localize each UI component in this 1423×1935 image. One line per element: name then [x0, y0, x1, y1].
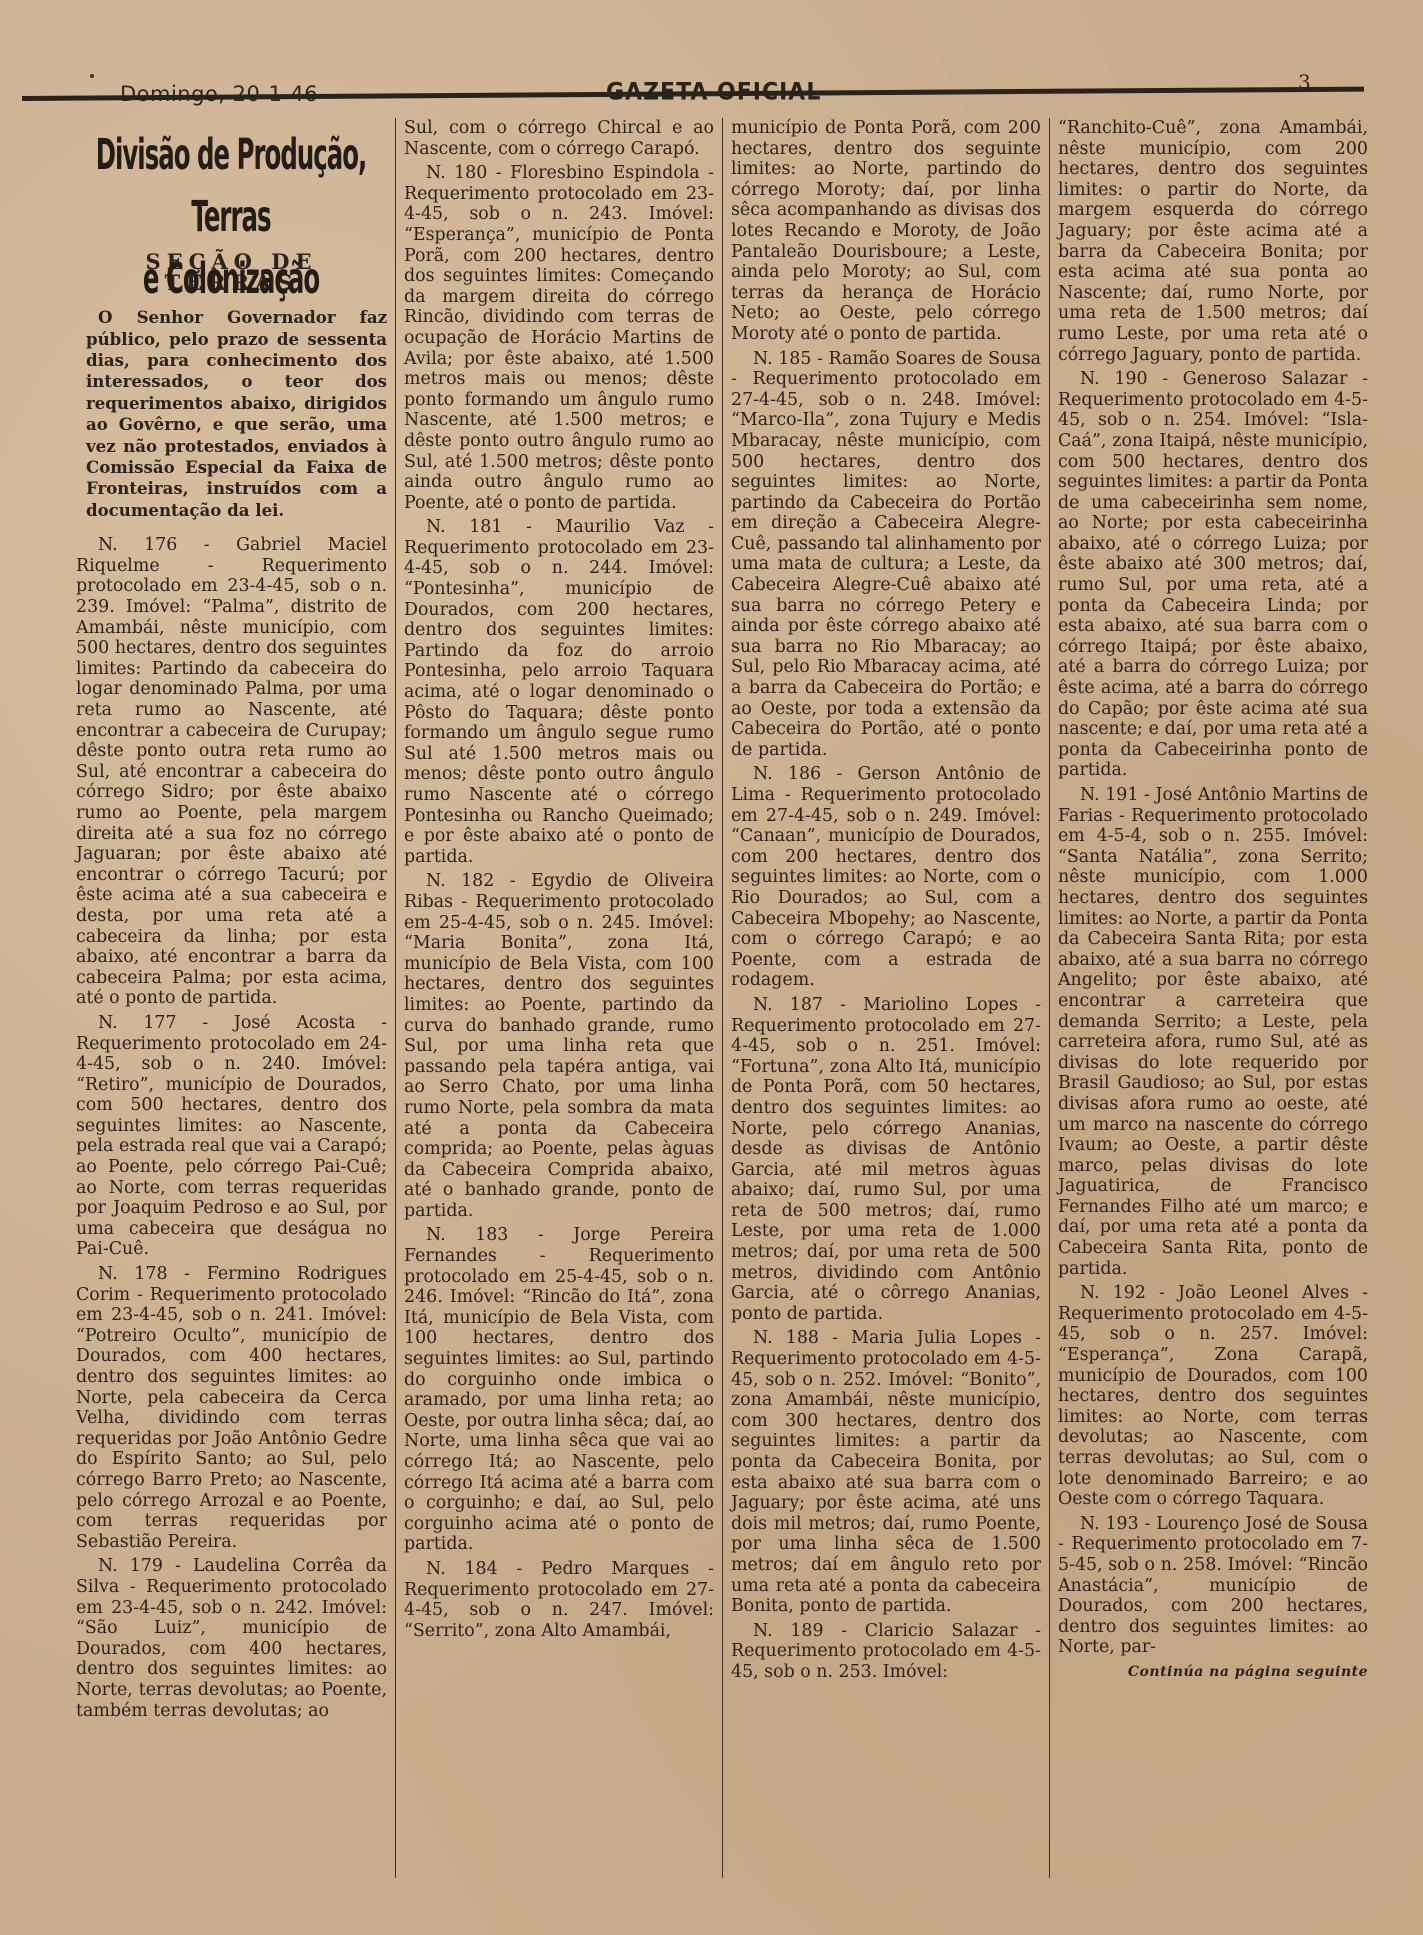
intro-paragraph: O Senhor Governador faz público, pelo pr…: [76, 307, 387, 521]
entry-176: N. 176 - Gabriel Maciel Riquelme - Reque…: [76, 535, 387, 1009]
entry-193: N. 193 - Lourenço José de Sousa - Requer…: [1058, 1514, 1368, 1658]
column-3: município de Ponta Porã, com 200 hectare…: [722, 118, 1049, 1878]
column-4: “Ranchito-Cuê”, zona Amambái, nêste muni…: [1049, 118, 1376, 1878]
entry-183: N. 183 - Jorge Pereira Fernandes - Reque…: [404, 1225, 714, 1555]
entry-179-continued: Sul, com o córrego Chircal e ao Nascente…: [404, 118, 714, 159]
column-1: Divisão de Produção, Terras e Colonizaçã…: [68, 118, 395, 1878]
entry-186: N. 186 - Gerson Antônio de Lima - Requer…: [731, 764, 1041, 991]
entry-189: N. 189 - Claricio Salazar - Requerimento…: [731, 1621, 1041, 1683]
entry-182: N. 182 - Egydio de Oliveira Ribas - Requ…: [404, 871, 714, 1221]
entry-184-continued: município de Ponta Porã, com 200 hectare…: [731, 118, 1041, 345]
intro-text: O Senhor Governador faz público, pelo pr…: [86, 307, 387, 520]
print-speck: [90, 74, 94, 78]
entry-181: N. 181 - Maurilio Vaz - Requerimento pro…: [404, 517, 714, 867]
headline-line-2: e Colonização: [76, 248, 386, 310]
continued-next-page-note: Continúa na página seguinte: [1058, 1662, 1368, 1683]
headline: Divisão de Produção, Terras e Colonizaçã…: [76, 124, 386, 257]
article-columns: Divisão de Produção, Terras e Colonizaçã…: [68, 118, 1378, 1878]
entry-189-continued: “Ranchito-Cuê”, zona Amambái, nêste muni…: [1058, 118, 1368, 365]
entry-187: N. 187 - Mariolino Lopes - Requerimento …: [731, 995, 1041, 1325]
headline-line-1: Divisão de Produção, Terras: [76, 124, 386, 248]
entry-192: N. 192 - João Leonel Alves - Requeriment…: [1058, 1283, 1368, 1510]
entry-177: N. 177 - José Acosta - Requerimento prot…: [76, 1013, 387, 1260]
entry-188: N. 188 - Maria Julia Lopes - Requeriment…: [731, 1328, 1041, 1616]
column-2: Sul, com o córrego Chircal e ao Nascente…: [395, 118, 722, 1878]
entry-179: N. 179 - Laudelina Corrêa da Silva - Req…: [76, 1556, 387, 1721]
entry-191: N. 191 - José Antônio Martins de Farias …: [1058, 785, 1368, 1279]
entry-180: N. 180 - Floresbino Espindola - Requerim…: [404, 163, 714, 513]
entry-190: N. 190 - Generoso Salazar - Requerimento…: [1058, 369, 1368, 781]
entry-184: N. 184 - Pedro Marques - Requerimento pr…: [404, 1559, 714, 1641]
entry-185: N. 185 - Ramão Soares de Sousa - Requeri…: [731, 349, 1041, 761]
entry-178: N. 178 - Fermino Rodrigues Corim - Reque…: [76, 1264, 387, 1552]
